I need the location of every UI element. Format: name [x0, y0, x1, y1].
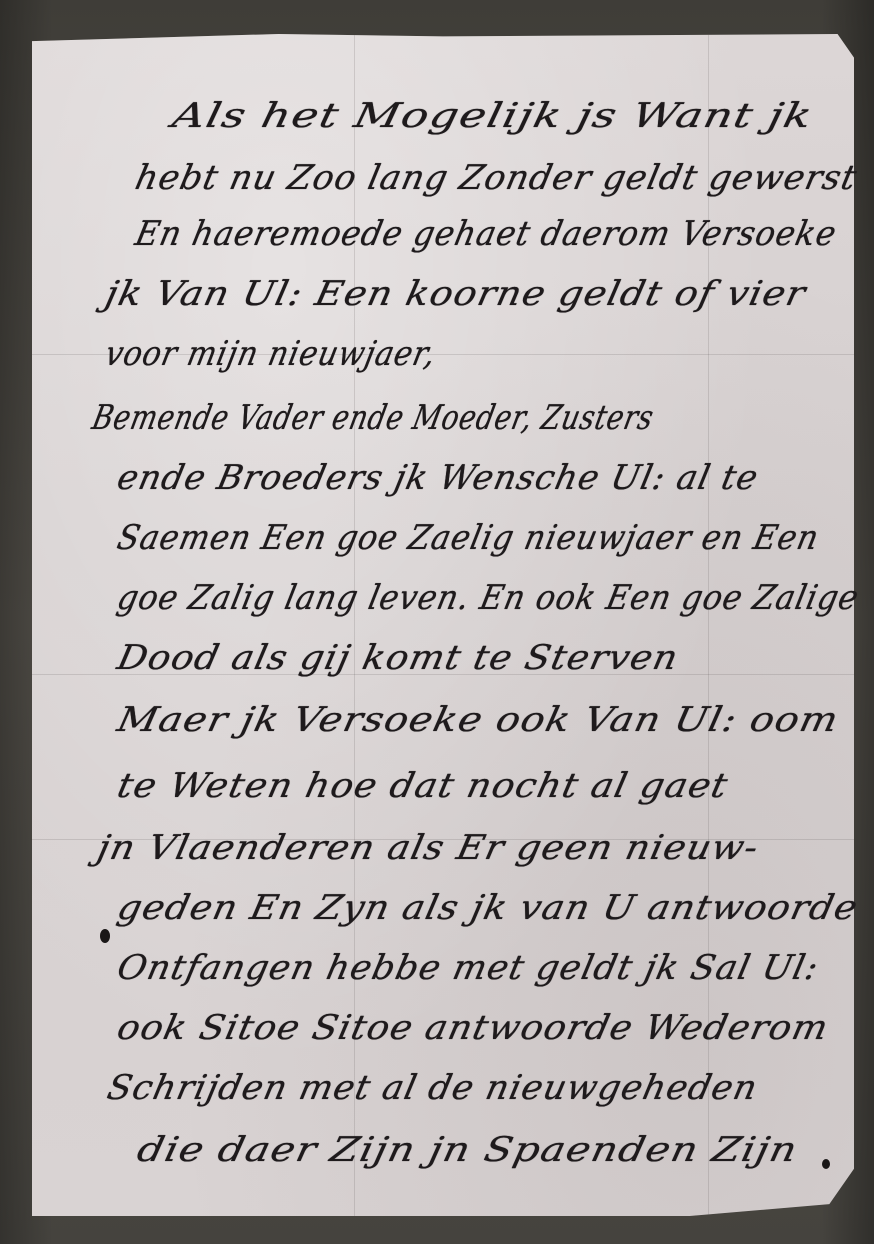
ink-blot — [100, 929, 110, 943]
text-line: ook Sitoe Sitoe antwoorde Wederom — [114, 1008, 833, 1048]
text-line: ende Broeders jk Wensche Ul: al te — [114, 458, 762, 498]
text-line: Ontfangen hebbe met geldt jk Sal Ul: — [114, 948, 823, 988]
text-line: Saemen Een goe Zaelig nieuwjaer en Een — [114, 518, 823, 558]
ink-blot — [822, 1159, 830, 1169]
text-line: jk Van Ul: Een koorne geldt of vier — [102, 274, 810, 314]
text-line: hebt nu Zoo lang Zonder geldt gewerst — [132, 158, 861, 198]
text-line: goe Zalig lang leven. En ook Een goe Zal… — [114, 578, 863, 618]
text-line: Bemende Vader ende Moeder, Zusters — [89, 398, 658, 438]
text-line: geden En Zyn als jk van U antwoorde — [114, 888, 862, 928]
text-line: Schrijden met al de nieuwgeheden — [104, 1068, 762, 1108]
text-line: En haeremoede gehaet daerom Versoeke — [132, 214, 841, 254]
text-line: te Weten hoe dat nocht al gaet — [114, 766, 732, 806]
text-line: Maer jk Versoeke ook Van Ul: oom — [114, 700, 843, 740]
text-line: jn Vlaenderen als Er geen nieuw- — [94, 828, 763, 868]
text-line: die daer Zijn jn Spaenden Zijn — [134, 1130, 802, 1170]
text-line: Als het Mogelijk js Want jk — [169, 96, 817, 136]
text-line: Dood als gij komt te Sterven — [114, 638, 683, 678]
text-line: voor mijn nieuwjaer, — [102, 334, 440, 374]
